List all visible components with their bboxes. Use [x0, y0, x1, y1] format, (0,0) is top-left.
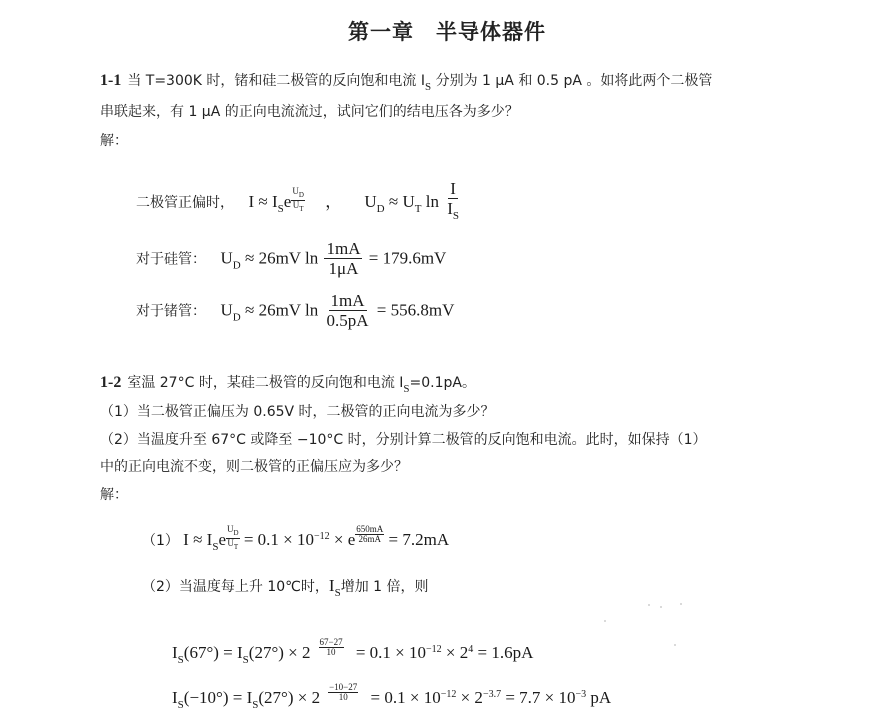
problem-1-2-question-2-line1: （2）当温度升至 67°C 或降至 −10°C 时，分别计算二极管的反向饱和电流…	[100, 429, 707, 449]
solution-2-statement: （2）当温度每上升 10℃时，IS增加 1 倍，则	[142, 576, 429, 599]
scan-noise	[680, 603, 682, 605]
scan-noise	[648, 604, 650, 606]
solution-1-equation: （1） I ≈ ISeUDUT = 0.1 × 10−12 × e650mA26…	[142, 530, 449, 558]
equation-forward-bias: 二极管正偏时， I ≈ ISeUDUT ， UD ≈ UT ln IIS	[136, 180, 463, 226]
equation-germanium: 对于锗管： UD ≈ 26mV ln 1mA0.5pA = 556.8mV	[136, 292, 454, 331]
problem-1-1-line1: 1-1当 T=300K 时，锗和硅二极管的反向饱和电流 IS 分别为 1 μA …	[100, 70, 712, 93]
chapter-title: 第一章半导体器件	[0, 16, 894, 46]
solution-label: 解：	[100, 130, 128, 150]
problem-number: 1-1	[100, 72, 121, 89]
problem-1-2-line1: 1-2室温 27°C 时，某硅二极管的反向饱和电流 IS=0.1pA。	[100, 372, 476, 395]
solution-label: 解：	[100, 484, 128, 504]
scan-noise	[660, 606, 662, 608]
chapter-number: 第一章	[348, 20, 414, 44]
equation-is-minus-10: IS(−10°) = IS(27°) × 2−10−2710 = 0.1 × 1…	[172, 688, 611, 711]
equation-is-67: IS(67°) = IS(27°) × 267−2710 = 0.1 × 10−…	[172, 643, 533, 666]
problem-1-2-question-2-line2: 中的正向电流不变，则二极管的正偏压应为多少？	[100, 456, 408, 476]
problem-1-2-question-1: （1）当二极管正偏压为 0.65V 时，二极管的正向电流为多少？	[100, 401, 495, 421]
scan-noise	[674, 644, 676, 646]
scan-noise	[604, 620, 606, 622]
equation-silicon: 对于硅管： UD ≈ 26mV ln 1mA1μA = 179.6mV	[136, 240, 446, 279]
problem-1-1-line2: 串联起来，有 1 μA 的正向电流流过，试问它们的结电压各为多少？	[100, 101, 519, 121]
chapter-name: 半导体器件	[436, 20, 546, 44]
